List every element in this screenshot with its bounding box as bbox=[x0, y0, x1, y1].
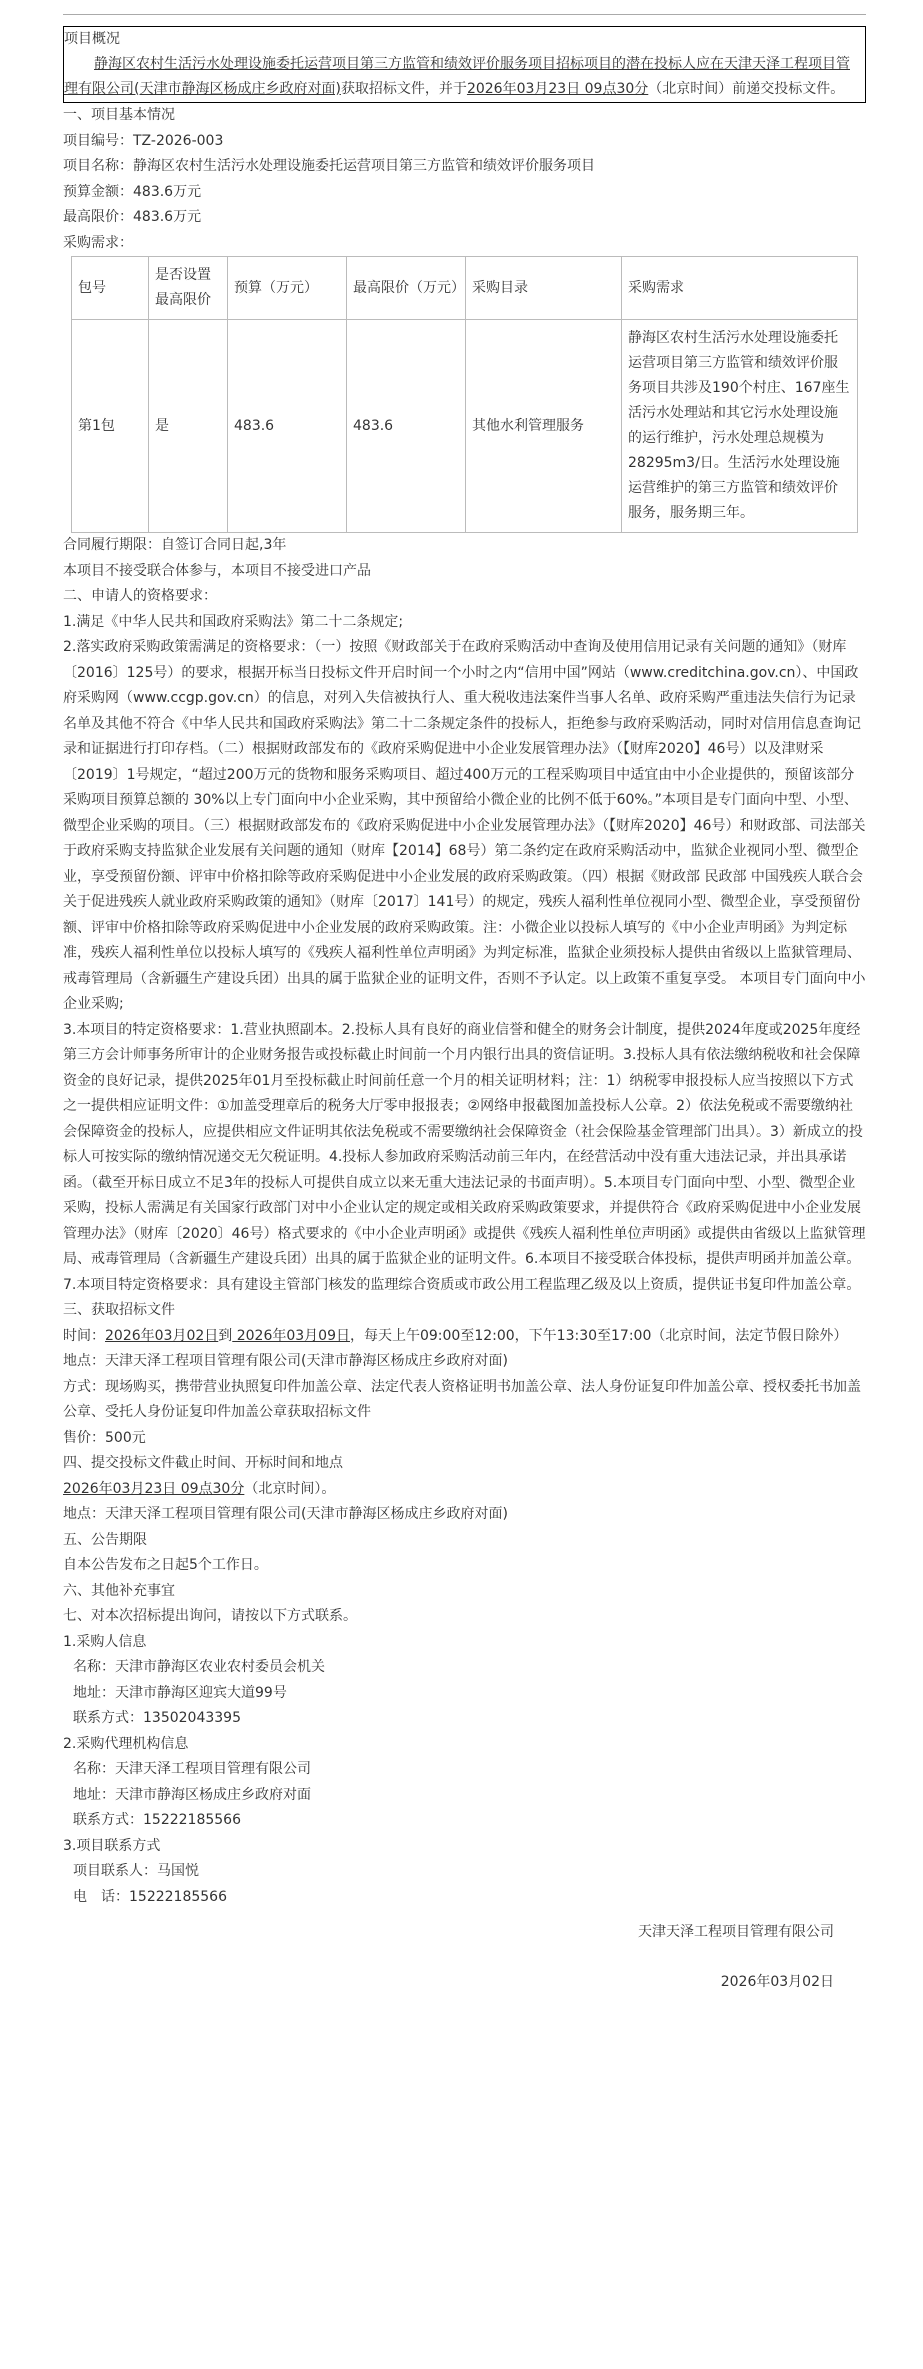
requirements-table: 包号 是否设置最高限价 预算（万元） 最高限价（万元） 采购目录 采购需求 第1… bbox=[71, 256, 858, 533]
max-price: 最高限价：483.6万元 bbox=[63, 205, 866, 231]
section5-heading: 五、公告期限 bbox=[63, 1528, 866, 1554]
purchaser-name: 名称：天津市静海区农业农村委员会机关 bbox=[63, 1655, 866, 1681]
purchaser-address: 地址：天津市静海区迎宾大道99号 bbox=[63, 1681, 866, 1707]
submission-place: 地点：天津天泽工程项目管理有限公司(天津市静海区杨成庄乡政府对面) bbox=[63, 1502, 866, 1528]
qualification-item-3: 3.本项目的特定资格要求：1.营业执照副本。2.投标人具有良好的商业信誉和健全的… bbox=[63, 1018, 866, 1299]
section1-heading: 一、项目基本情况 bbox=[63, 103, 866, 129]
agency-title: 2.采购代理机构信息 bbox=[63, 1732, 866, 1758]
overview-box: 项目概况 静海区农村生活污水处理设施委托运营项目第三方监管和绩效评价服务项目招标… bbox=[63, 26, 866, 103]
budget-amount: 预算金额：483.6万元 bbox=[63, 180, 866, 206]
table-header-row: 包号 是否设置最高限价 预算（万元） 最高限价（万元） 采购目录 采购需求 bbox=[72, 257, 858, 320]
table-header-cell: 采购需求 bbox=[622, 257, 858, 320]
section3-heading: 三、获取招标文件 bbox=[63, 1298, 866, 1324]
table-row: 第1包 是 483.6 483.6 其他水利管理服务 静海区农村生活污水处理设施… bbox=[72, 320, 858, 533]
announcement-body: 项目概况 静海区农村生活污水处理设施委托运营项目第三方监管和绩效评价服务项目招标… bbox=[63, 26, 866, 1995]
overview-deadline: 2026年03月23日 09点30分 bbox=[467, 81, 648, 97]
section4-heading: 四、提交投标文件截止时间、开标时间和地点 bbox=[63, 1451, 866, 1477]
document-method: 方式：现场购买，携带营业执照复印件加盖公章、法定代表人资格证明书加盖公章、法人身… bbox=[63, 1375, 866, 1426]
project-contact-title: 3.项目联系方式 bbox=[63, 1834, 866, 1860]
signature-company: 天津天泽工程项目管理有限公司 bbox=[63, 1920, 866, 1946]
qualification-item-2: 2.落实政府采购政策需满足的资格要求：（一）按照《财政部关于在政府采购活动中查询… bbox=[63, 635, 866, 1018]
section7-heading: 七、对本次招标提出询问，请按以下方式联系。 bbox=[63, 1604, 866, 1630]
table-cell: 是 bbox=[149, 320, 228, 533]
agency-contact: 联系方式：15222185566 bbox=[63, 1808, 866, 1834]
overview-text: 静海区农村生活污水处理设施委托运营项目第三方监管和绩效评价服务项目招标项目的潜在… bbox=[64, 52, 863, 102]
submission-deadline: 2026年03月23日 09点30分（北京时间）。 bbox=[63, 1477, 866, 1503]
table-header-cell: 采购目录 bbox=[466, 257, 622, 320]
project-name: 项目名称：静海区农村生活污水处理设施委托运营项目第三方监管和绩效评价服务项目 bbox=[63, 154, 866, 180]
qualification-item-1: 1.满足《中华人民共和国政府采购法》第二十二条规定; bbox=[63, 610, 866, 636]
section6-heading: 六、其他补充事宜 bbox=[63, 1579, 866, 1605]
table-header-cell: 预算（万元） bbox=[228, 257, 347, 320]
purchaser-title: 1.采购人信息 bbox=[63, 1630, 866, 1656]
table-cell: 其他水利管理服务 bbox=[466, 320, 622, 533]
table-cell: 483.6 bbox=[347, 320, 466, 533]
table-cell: 483.6 bbox=[228, 320, 347, 533]
requirements-label: 采购需求： bbox=[63, 231, 866, 257]
table-header-cell: 是否设置最高限价 bbox=[149, 257, 228, 320]
notice-period: 自本公告发布之日起5个工作日。 bbox=[63, 1553, 866, 1579]
table-cell: 静海区农村生活污水处理设施委托运营项目第三方监管和绩效评价服务项目共涉及190个… bbox=[622, 320, 858, 533]
section2-heading: 二、申请人的资格要求： bbox=[63, 584, 866, 610]
overview-title: 项目概况 bbox=[64, 27, 863, 52]
document-place: 地点：天津天泽工程项目管理有限公司(天津市静海区杨成庄乡政府对面) bbox=[63, 1349, 866, 1375]
consortium-note: 本项目不接受联合体参与，本项目不接受进口产品 bbox=[63, 559, 866, 585]
project-contact-person: 项目联系人：马国悦 bbox=[63, 1859, 866, 1885]
table-header-cell: 包号 bbox=[72, 257, 149, 320]
table-header-cell: 最高限价（万元） bbox=[347, 257, 466, 320]
table-cell: 第1包 bbox=[72, 320, 149, 533]
contract-period: 合同履行期限：自签订合同日起,3年 bbox=[63, 533, 866, 559]
signature-date: 2026年03月02日 bbox=[63, 1970, 866, 1996]
project-number: 项目编号：TZ-2026-003 bbox=[63, 129, 866, 155]
agency-address: 地址：天津市静海区杨成庄乡政府对面 bbox=[63, 1783, 866, 1809]
agency-name: 名称：天津天泽工程项目管理有限公司 bbox=[63, 1757, 866, 1783]
document-time: 时间：2026年03月02日到 2026年03月09日，每天上午09:00至12… bbox=[63, 1324, 866, 1350]
top-divider bbox=[63, 14, 866, 15]
purchaser-contact: 联系方式：13502043395 bbox=[63, 1706, 866, 1732]
document-price: 售价：500元 bbox=[63, 1426, 866, 1452]
project-contact-phone: 电 话：15222185566 bbox=[63, 1885, 866, 1911]
